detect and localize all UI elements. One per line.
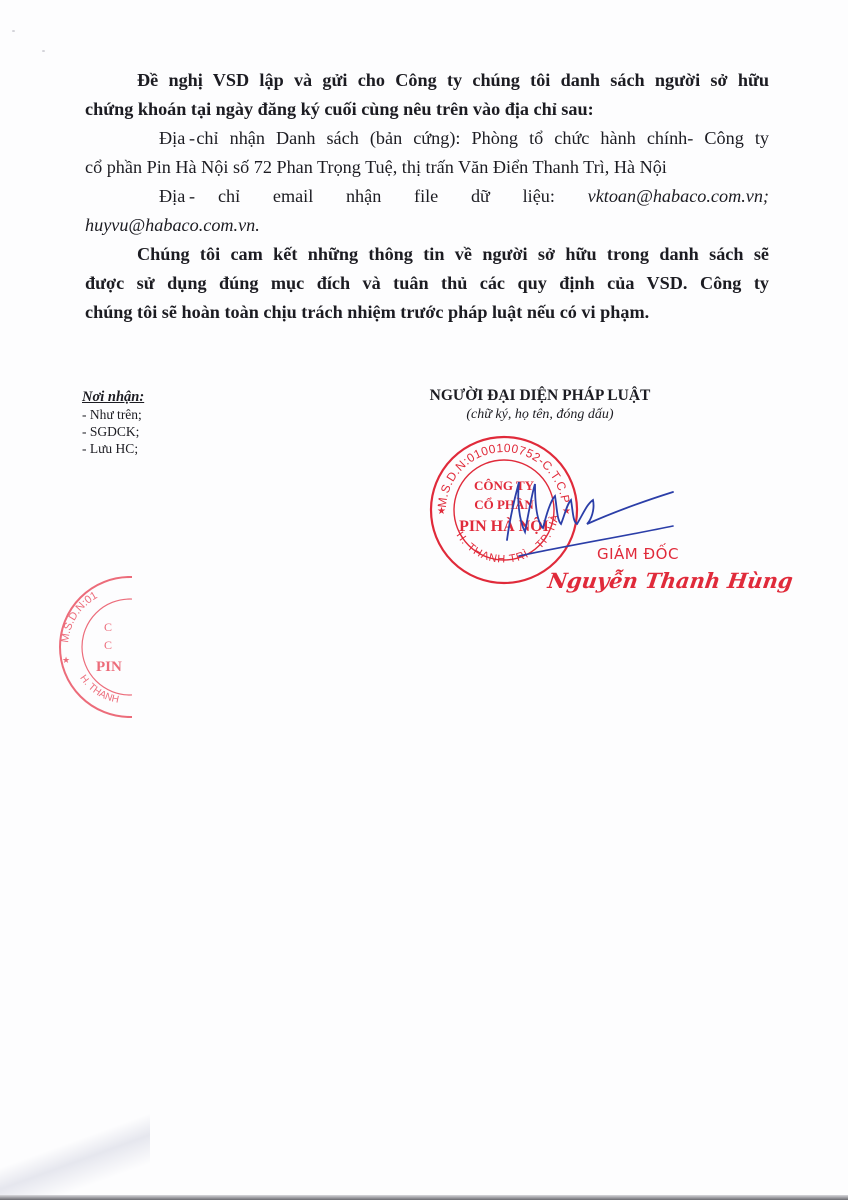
recipients-title: Nơi nhận:	[82, 389, 144, 406]
scan-speck	[42, 50, 45, 52]
partial-stamp-inner-1: C	[104, 620, 112, 634]
bullet-dash: -	[137, 182, 159, 211]
signature-block: NGƯỜI ĐẠI DIỆN PHÁP LUẬT (chữ ký, họ tên…	[390, 386, 690, 424]
scan-speck	[12, 30, 15, 32]
email-link-2[interactable]: huyvu@habaco.com.vn.	[85, 211, 769, 240]
signature-instructions: (chữ ký, họ tên, đóng dấu)	[390, 406, 690, 424]
partial-stamp-inner-3: PIN	[96, 659, 122, 675]
address-bullet-line1: -Địa chỉ nhận Danh sách (bản cứng): Phòn…	[85, 124, 769, 153]
address-label: Địa chỉ nhận Danh sách (bản cứng): Phòng…	[159, 128, 769, 148]
scanned-page: Đề nghị VSD lập và gửi cho Công ty chúng…	[0, 0, 848, 1200]
commitment-line1: Chúng tôi cam kết những thông tin về ngư…	[85, 240, 769, 269]
bullet-dash: -	[137, 124, 159, 153]
recipient-item: - SGDCK;	[82, 423, 144, 440]
svg-text:★: ★	[62, 656, 70, 666]
scan-shadow	[0, 1110, 150, 1200]
partial-seal-icon: M.S.D.N:01 H. THANH ★ C C PIN	[52, 575, 197, 720]
email-bullet-line1: -Địa chỉ email nhận file dữ liệu: vktoan…	[85, 182, 769, 211]
recipients-list: - Như trên; - SGDCK; - Lưu HC;	[82, 406, 144, 457]
recipient-item: - Lưu HC;	[82, 440, 144, 457]
partial-stamp-inner-2: C	[104, 638, 112, 652]
email-link-1[interactable]: vktoan@habaco.com.vn;	[588, 186, 769, 206]
body-text: Đề nghị VSD lập và gửi cho Công ty chúng…	[85, 66, 769, 327]
svg-text:★: ★	[437, 506, 446, 517]
request-paragraph-line1: Đề nghị VSD lập và gửi cho Công ty chúng…	[85, 66, 769, 95]
legal-representative-title: NGƯỜI ĐẠI DIỆN PHÁP LUẬT	[390, 386, 690, 406]
address-bullet-line2: cổ phần Pin Hà Nội số 72 Phan Trọng Tuệ,…	[85, 153, 769, 182]
scan-edge	[0, 1195, 848, 1200]
director-name: Nguyễn Thanh Hùng	[546, 568, 794, 593]
recipients-block: Nơi nhận: - Như trên; - SGDCK; - Lưu HC;	[82, 389, 144, 457]
recipient-item: - Như trên;	[82, 406, 144, 423]
director-position: GIÁM ĐỐC	[597, 545, 679, 563]
commitment-line3: chúng tôi sẽ hoàn toàn chịu trách nhiệm …	[85, 298, 769, 327]
commitment-line2: được sử dụng đúng mục đích và tuân thủ c…	[85, 269, 769, 298]
request-paragraph-line2: chứng khoán tại ngày đăng ký cuối cùng n…	[85, 95, 769, 124]
email-label: Địa chỉ email nhận file dữ liệu:	[159, 186, 555, 206]
